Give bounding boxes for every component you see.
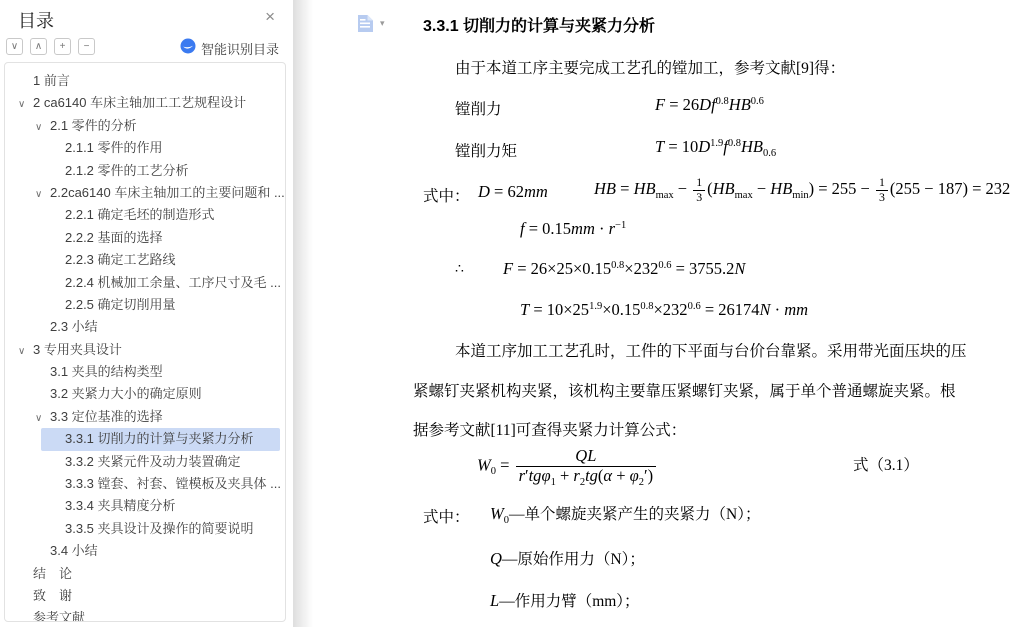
- toc-item[interactable]: 2.2.4 机械加工余量、工序尺寸及毛 ...: [5, 272, 285, 294]
- toc-item[interactable]: 3.4 小结: [5, 540, 285, 562]
- toc-item-label: 3.3.5 夹具设计及操作的简要说明: [65, 521, 254, 536]
- close-icon[interactable]: ×: [265, 8, 275, 25]
- toc-item-label: 2.2.4 机械加工余量、工序尺寸及毛 ...: [65, 275, 281, 290]
- toc-item-label: 2.2.1 确定毛坯的制造形式: [65, 207, 215, 222]
- toc-list: 1 前言∨2 ca6140 车床主轴加工工艺规程设计∨2.1 零件的分析2.1.…: [4, 62, 286, 622]
- toc-item-label: 2.1 零件的分析: [50, 118, 137, 133]
- symbol-q: Q: [490, 549, 502, 568]
- ai-assistant-icon: [180, 38, 196, 59]
- toc-sidebar: 目录 × ∨ ∧ + − 智能识别目录 1 前言∨2 ca6140 车床主轴加工…: [0, 0, 293, 627]
- toc-item-label: 结 论: [33, 566, 72, 581]
- toc-item-label: 3.1 夹具的结构类型: [50, 364, 163, 379]
- expand-plus-button[interactable]: +: [54, 38, 71, 55]
- toc-item-label: 致 谢: [33, 588, 72, 603]
- toc-item[interactable]: ∨2.1 零件的分析: [5, 115, 285, 137]
- toc-item[interactable]: 2.1.2 零件的工艺分析: [5, 160, 285, 182]
- chevron-down-button[interactable]: ∨: [6, 38, 23, 55]
- toc-item[interactable]: 3.3.2 夹紧元件及动力装置确定: [5, 451, 285, 473]
- equation-number-label: 式（3.1）: [853, 453, 919, 475]
- toc-item[interactable]: ∨3 专用夹具设计: [5, 339, 285, 361]
- symbol-l: L: [490, 591, 499, 610]
- chevron-down-icon[interactable]: ∨: [35, 184, 50, 206]
- diameter-value-formula: D = 62mm: [478, 182, 548, 202]
- toc-item-label: 3.2 夹紧力大小的确定原则: [50, 386, 202, 401]
- definition-l: L—作用力臂（mm）；: [490, 589, 640, 611]
- toc-item-label: 参考文献: [33, 610, 85, 622]
- app-window: 目录 × ∨ ∧ + − 智能识别目录 1 前言∨2 ca6140 车床主轴加工…: [0, 0, 1011, 627]
- toc-item-label: 3 专用夹具设计: [33, 342, 122, 357]
- toc-panel-title: 目录: [18, 7, 54, 33]
- toc-item[interactable]: 3.3.1 切削力的计算与夹紧力分析: [41, 428, 280, 450]
- force-calculation-formula: F = 26×25×0.150.8×2320.6 = 3755.2N: [503, 259, 745, 279]
- toc-item-label: 3.3 定位基准的选择: [50, 409, 163, 424]
- toc-item[interactable]: 2.3 小结: [5, 316, 285, 338]
- toc-item[interactable]: 2.2.3 确定工艺路线: [5, 249, 285, 271]
- toc-item-label: 2.2ca6140 车床主轴加工的主要问题和 ...: [50, 185, 285, 200]
- section-heading: 3.3.1 切削力的计算与夹紧力分析: [423, 13, 655, 36]
- toc-item-label: 2.2.2 基面的选择: [65, 230, 163, 245]
- chevron-up-button[interactable]: ∧: [30, 38, 47, 55]
- toc-item[interactable]: ∨2 ca6140 车床主轴加工工艺规程设计: [5, 92, 285, 114]
- boring-force-label: 镗削力: [455, 97, 502, 119]
- document-page: ▾ 3.3.1 切削力的计算与夹紧力分析 由于本道工序主要完成工艺孔的镗加工，参…: [313, 0, 1011, 627]
- boring-torque-label: 镗削力矩: [455, 139, 517, 161]
- definition-l-text: —作用力臂（mm）；: [499, 593, 639, 610]
- toc-item[interactable]: 3.3.4 夹具精度分析: [5, 495, 285, 517]
- toc-item-label: 2.2.3 确定工艺路线: [65, 252, 176, 267]
- toc-item[interactable]: 致 谢: [5, 585, 285, 607]
- paragraph-2-line-2: 紧螺钉夹紧机构夹紧，该机构主要靠压紧螺钉夹紧，属于单个普通螺旋夹紧。根: [413, 379, 956, 401]
- symbol-w0: W0: [490, 504, 509, 523]
- chevron-down-icon[interactable]: ∨: [18, 341, 33, 363]
- collapse-minus-button[interactable]: −: [78, 38, 95, 55]
- smart-recognize-label: 智能识别目录: [201, 39, 279, 58]
- hardness-value-formula: HB = HBmax − 13(HBmax − HBmin) = 255 − 1…: [594, 176, 1010, 204]
- paragraph-annotation-icon[interactable]: [357, 14, 374, 38]
- definition-w0-text: —单个螺旋夹紧产生的夹紧力（N）；: [509, 506, 760, 523]
- toc-item-label: 3.3.4 夹具精度分析: [65, 498, 176, 513]
- feed-value-formula: f = 0.15mm · r−1: [520, 219, 626, 239]
- toc-item[interactable]: ∨2.2ca6140 车床主轴加工的主要问题和 ...: [5, 182, 285, 204]
- toc-item-label: 2.2.5 确定切削用量: [65, 297, 176, 312]
- toc-item[interactable]: 结 论: [5, 563, 285, 585]
- toc-item[interactable]: 3.2 夹紧力大小的确定原则: [5, 383, 285, 405]
- toc-item[interactable]: 2.2.2 基面的选择: [5, 227, 285, 249]
- where-label-2: 式中：: [423, 505, 470, 527]
- smart-recognize-toc-button[interactable]: 智能识别目录: [180, 38, 279, 59]
- toc-item[interactable]: 2.2.1 确定毛坯的制造形式: [5, 204, 285, 226]
- toc-item-label: 2.1.1 零件的作用: [65, 140, 163, 155]
- toc-item-label: 3.3.2 夹紧元件及动力装置确定: [65, 454, 241, 469]
- toc-item-label: 2.3 小结: [50, 319, 98, 334]
- toc-item-label: 3.3.1 切削力的计算与夹紧力分析: [65, 431, 254, 446]
- torque-calculation-formula: T = 10×251.9×0.150.8×2320.6 = 26174N · m…: [520, 300, 808, 320]
- toc-item[interactable]: ∨3.3 定位基准的选择: [5, 406, 285, 428]
- chevron-down-icon[interactable]: ∨: [35, 408, 50, 430]
- where-label-1: 式中：: [423, 184, 470, 206]
- fraction: 13: [876, 176, 888, 204]
- paragraph-2-line-1: 本道工序加工工艺孔时，工件的下平面与台价台靠紧。采用带光面压块的压: [455, 339, 967, 361]
- toc-item-label: 2.1.2 零件的工艺分析: [65, 163, 189, 178]
- toc-item-label: 3.3.3 镗套、衬套、镗模板及夹具体 ...: [65, 476, 281, 491]
- toc-item-label: 2 ca6140 车床主轴加工工艺规程设计: [33, 95, 246, 110]
- fraction: 13: [693, 176, 705, 204]
- toc-item[interactable]: 2.1.1 零件的作用: [5, 137, 285, 159]
- chevron-down-icon[interactable]: ▾: [380, 18, 385, 29]
- toc-item-label: 3.4 小结: [50, 543, 98, 558]
- toc-item[interactable]: 参考文献: [5, 607, 285, 622]
- fraction: QLr′tgφ1 + r2tg(α + φ2′): [516, 447, 657, 486]
- definition-q: Q—原始作用力（N）；: [490, 547, 645, 569]
- definition-q-text: —原始作用力（N）；: [502, 551, 645, 568]
- paragraph-1: 由于本道工序主要完成工艺孔的镗加工，参考文献[9]得：: [455, 56, 845, 78]
- clamping-force-formula: W0 = QLr′tgφ1 + r2tg(α + φ2′): [477, 447, 658, 486]
- definition-w0: W0—单个螺旋夹紧产生的夹紧力（N）；: [490, 502, 760, 524]
- toc-item[interactable]: 2.2.5 确定切削用量: [5, 294, 285, 316]
- toc-item[interactable]: 3.3.3 镗套、衬套、镗模板及夹具体 ...: [5, 473, 285, 495]
- toc-item-label: 1 前言: [33, 73, 70, 88]
- toc-item[interactable]: 3.3.5 夹具设计及操作的简要说明: [5, 518, 285, 540]
- sidebar-shadow-divider: [293, 0, 313, 627]
- toc-item[interactable]: 1 前言: [5, 70, 285, 92]
- chevron-down-icon[interactable]: ∨: [18, 94, 33, 116]
- toc-toolbar: ∨ ∧ + −: [6, 38, 95, 55]
- paragraph-2-line-3: 据参考文献[11]可查得夹紧力计算公式：: [413, 418, 686, 440]
- boring-force-formula: F = 26Df0.8HB0.6: [655, 95, 764, 115]
- chevron-down-icon[interactable]: ∨: [35, 117, 50, 139]
- boring-torque-formula: T = 10D1.9f0.8HB0.6: [655, 137, 776, 157]
- toc-item[interactable]: 3.1 夹具的结构类型: [5, 361, 285, 383]
- therefore-symbol: ∴: [455, 261, 464, 278]
